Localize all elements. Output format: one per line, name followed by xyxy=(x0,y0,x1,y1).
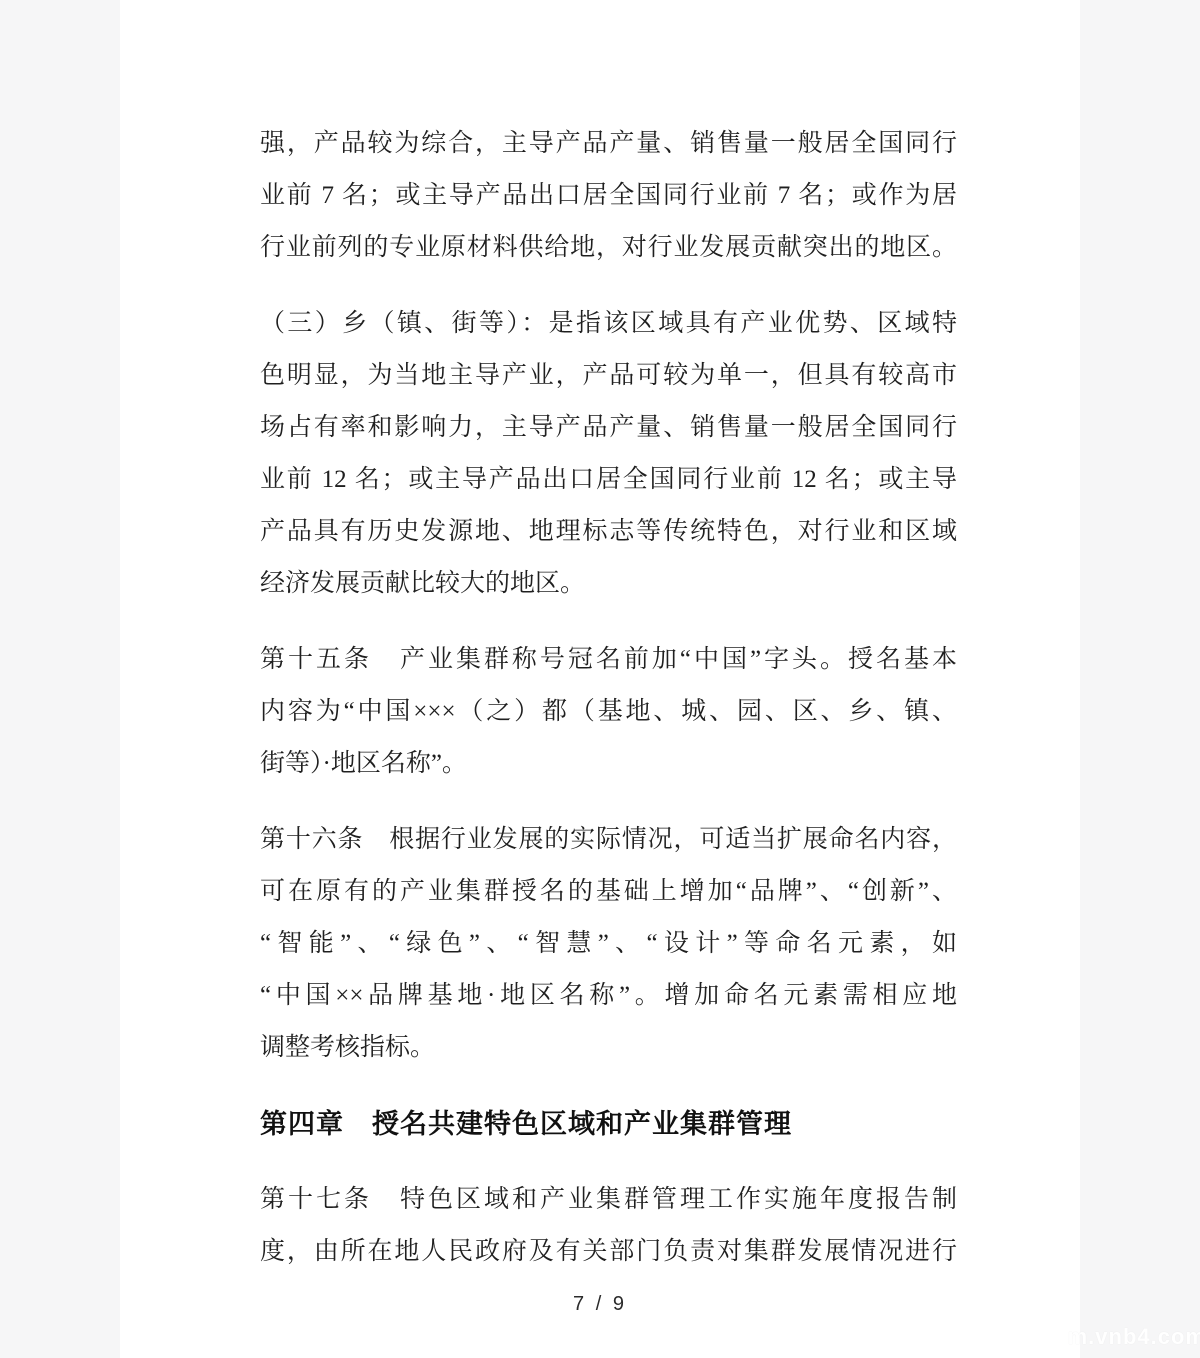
text-line: “中国××品牌基地·地区名称”。增加命名元素需相应地 xyxy=(260,970,957,1022)
text-line: 内容为“中国×××（之）都（基地、城、园、区、乡、镇、 xyxy=(260,686,957,738)
text-line: 行业前列的专业原材料供给地，对行业发展贡献突出的地区。 xyxy=(260,222,957,274)
text-line: 街等）·地区名称”。 xyxy=(260,738,957,790)
paragraph-item-three: （三）乡（镇、街等）：是指该区域具有产业优势、区域特 色明显，为当地主导产业，产… xyxy=(260,298,957,610)
text-line: （三）乡（镇、街等）：是指该区域具有产业优势、区域特 xyxy=(260,298,957,350)
chapter-heading: 第四章 授名共建特色区域和产业集群管理 xyxy=(260,1098,957,1150)
text-line: 度，由所在地人民政府及有关部门负责对集群发展情况进行 xyxy=(260,1226,957,1278)
paragraph-article-16: 第十六条 根据行业发展的实际情况，可适当扩展命名内容， 可在原有的产业集群授名的… xyxy=(260,814,957,1074)
text-line: 产品具有历史发源地、地理标志等传统特色，对行业和区域 xyxy=(260,506,957,558)
text-line: 可在原有的产业集群授名的基础上增加“品牌”、“创新”、 xyxy=(260,866,957,918)
paragraph-article-15: 第十五条 产业集群称号冠名前加“中国”字头。授名基本 内容为“中国×××（之）都… xyxy=(260,634,957,790)
text-line: 第十七条 特色区域和产业集群管理工作实施年度报告制 xyxy=(260,1174,957,1226)
paragraph-continuation: 强，产品较为综合，主导产品产量、销售量一般居全国同行 业前 7 名；或主导产品出… xyxy=(260,118,957,274)
text-line: 强，产品较为综合，主导产品产量、销售量一般居全国同行 xyxy=(260,118,957,170)
text-line: “智能”、“绿色”、“智慧”、“设计”等命名元素，如 xyxy=(260,918,957,970)
text-line: 调整考核指标。 xyxy=(260,1022,957,1074)
document-page: 强，产品较为综合，主导产品产量、销售量一般居全国同行 业前 7 名；或主导产品出… xyxy=(120,0,1080,1358)
text-line: 经济发展贡献比较大的地区。 xyxy=(260,558,957,610)
text-line: 第十五条 产业集群称号冠名前加“中国”字头。授名基本 xyxy=(260,634,957,686)
watermark: m.vnb4.com xyxy=(1068,1324,1200,1350)
text-line: 业前 12 名；或主导产品出口居全国同行业前 12 名；或主导 xyxy=(260,454,957,506)
text-line: 场占有率和影响力，主导产品产量、销售量一般居全国同行 xyxy=(260,402,957,454)
text-line: 业前 7 名；或主导产品出口居全国同行业前 7 名；或作为居 xyxy=(260,170,957,222)
text-line: 第十六条 根据行业发展的实际情况，可适当扩展命名内容， xyxy=(260,814,957,866)
text-line: 色明显，为当地主导产业，产品可较为单一，但具有较高市 xyxy=(260,350,957,402)
page-number: 7 / 9 xyxy=(120,1293,1080,1316)
page-content: 强，产品较为综合，主导产品产量、销售量一般居全国同行 业前 7 名；或主导产品出… xyxy=(120,0,1080,1278)
paragraph-article-17: 第十七条 特色区域和产业集群管理工作实施年度报告制 度，由所在地人民政府及有关部… xyxy=(260,1174,957,1278)
